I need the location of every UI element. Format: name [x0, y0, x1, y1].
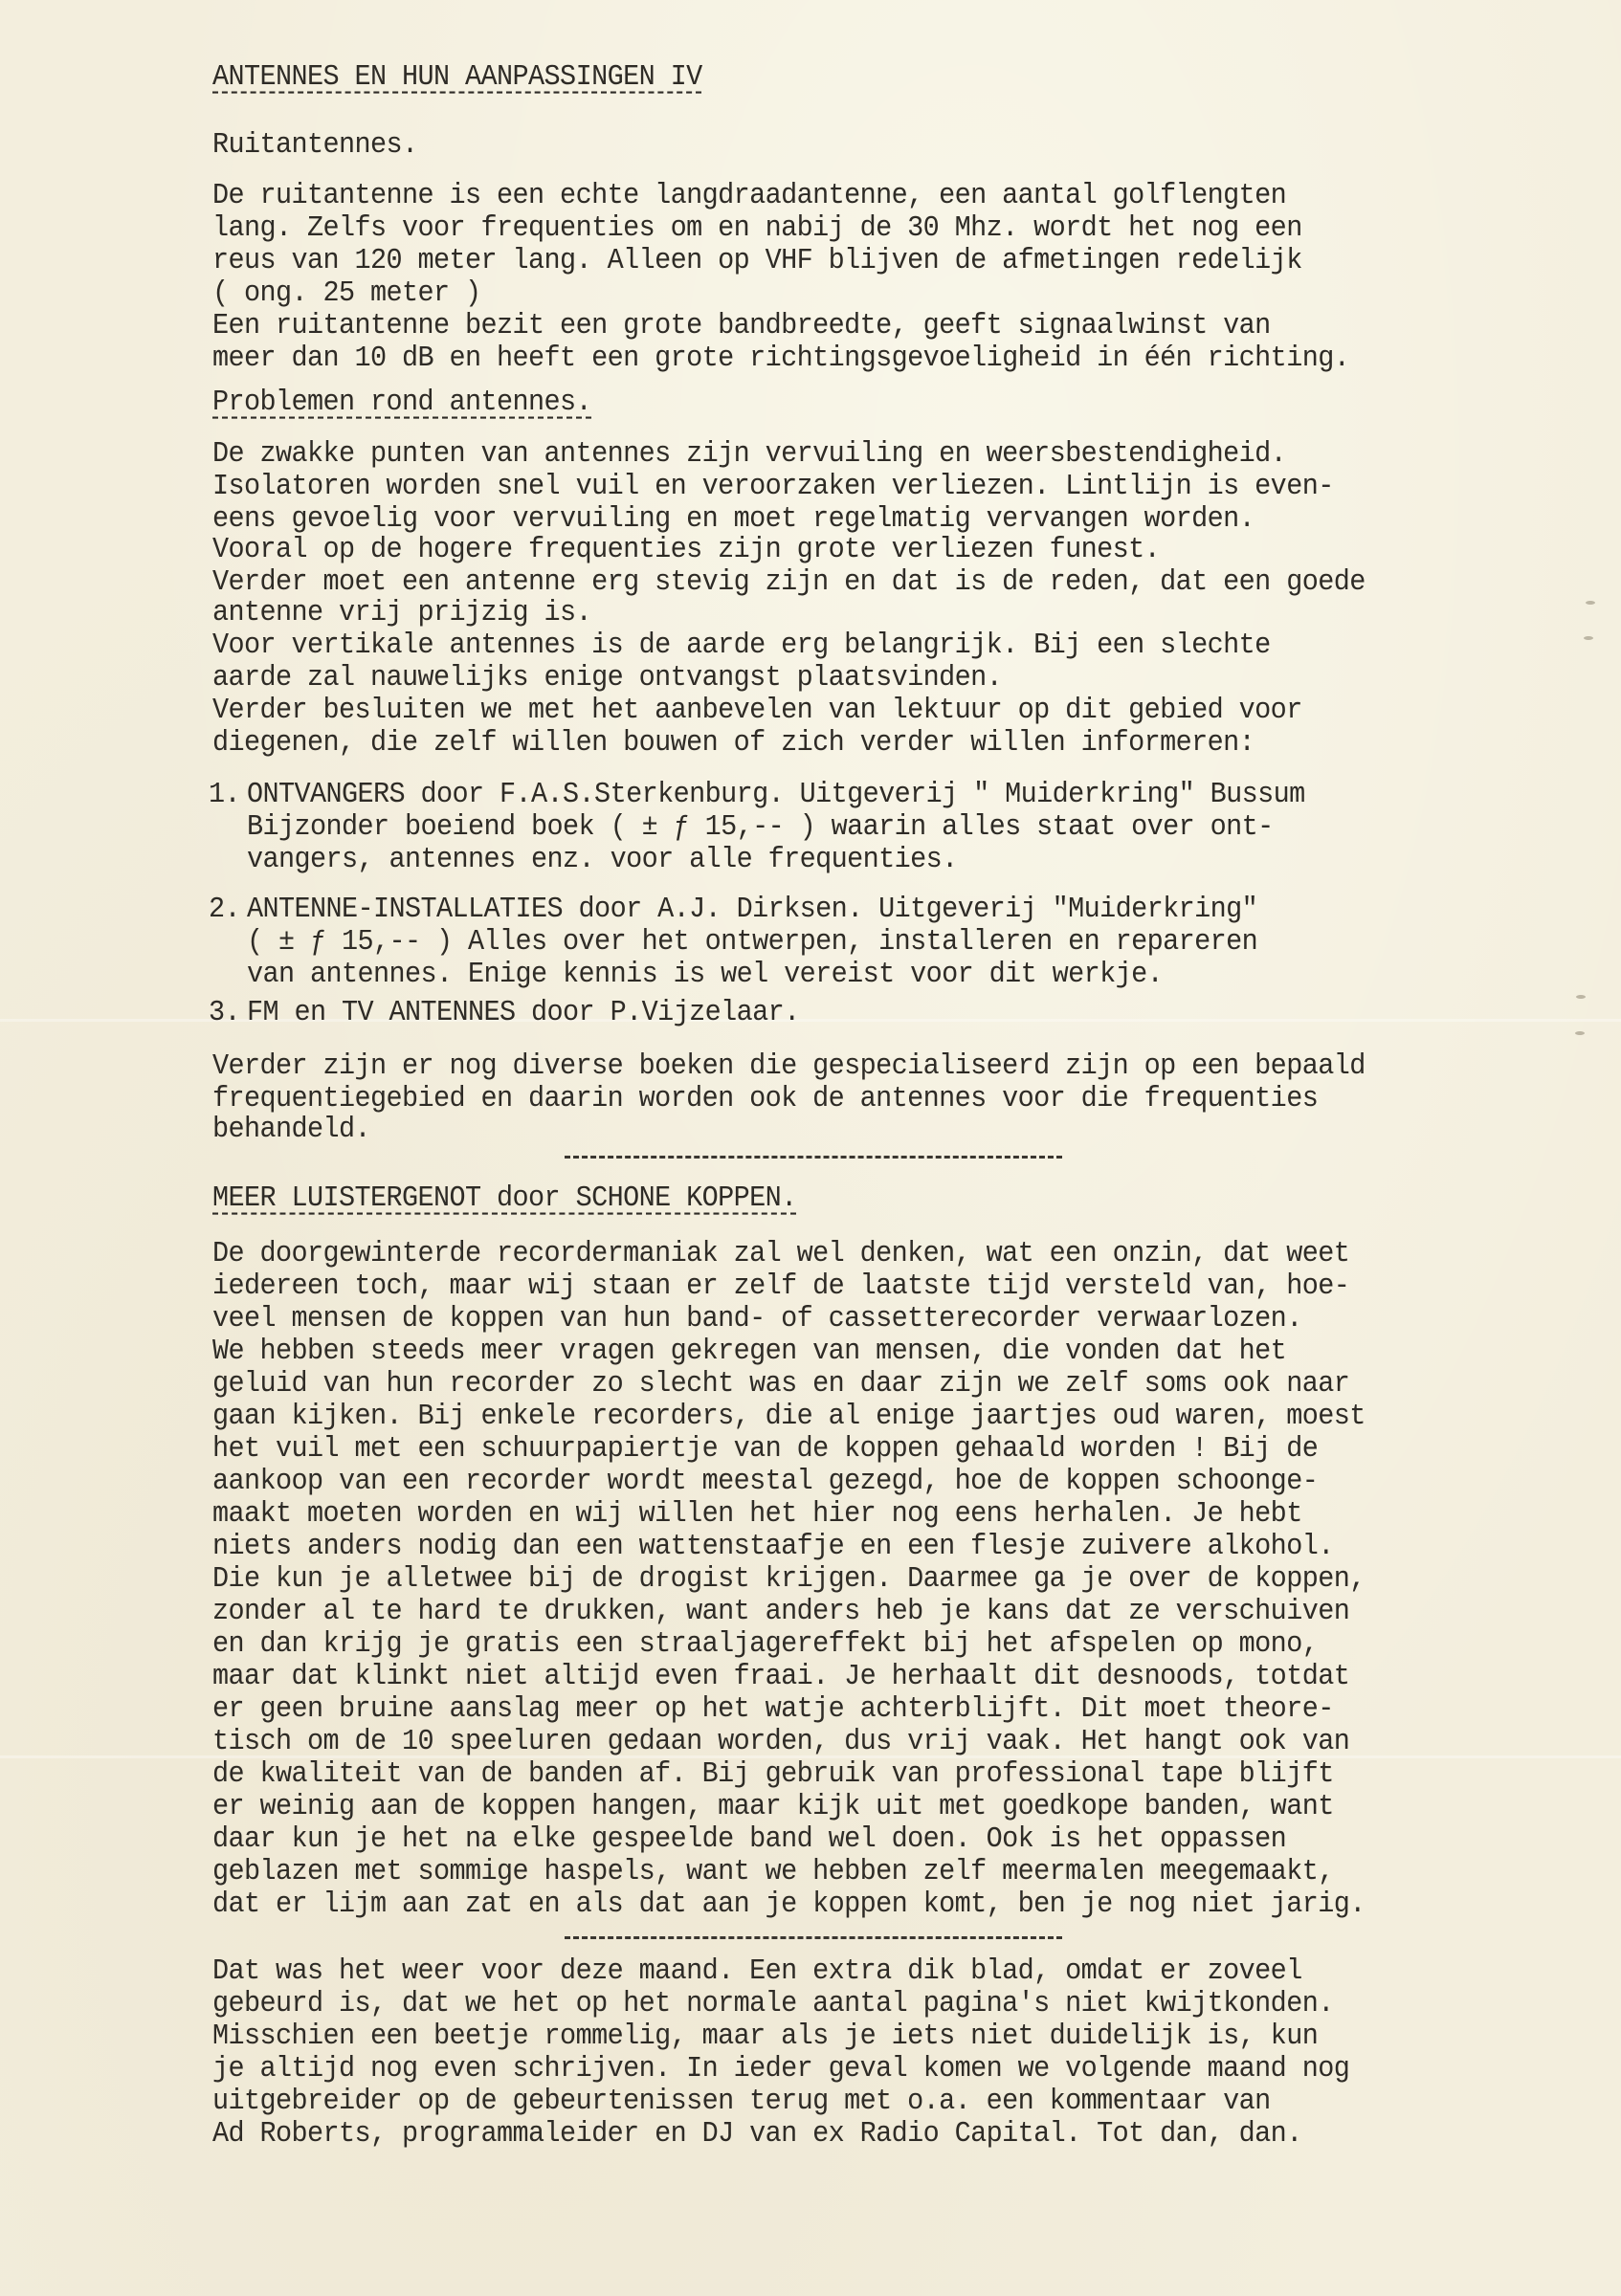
text-line: Dat was het weer voor deze maand. Een ex…: [212, 1954, 1302, 1989]
book-line: ONTVANGERS door F.A.S.Sterkenburg. Uitge…: [247, 777, 1305, 812]
text-line: maakt moeten worden en wij willen het hi…: [212, 1496, 1302, 1532]
text-line: niets anders nodig dan een wattenstaafje…: [212, 1529, 1334, 1564]
text-line: Een ruitantenne bezit een grote bandbree…: [212, 308, 1271, 343]
book-number: 1.: [209, 777, 240, 812]
book-line: FM en TV ANTENNES door P.Vijzelaar.: [247, 995, 800, 1030]
text-line: gebeurd is, dat we het op het normale aa…: [212, 1986, 1334, 2021]
text-line: aarde zal nauwelijks enige ontvangst pla…: [212, 660, 1002, 695]
book-line: van antennes. Enige kennis is wel vereis…: [247, 957, 1163, 992]
section-heading: Problemen rond antennes.: [212, 385, 591, 420]
text-line: geluid van hun recorder zo slecht was en…: [212, 1366, 1349, 1402]
text-line: De ruitantenne is een echte langdraadant…: [212, 178, 1286, 213]
text-line: frequentiegebied en daarin worden ook de…: [212, 1081, 1318, 1116]
text-line: lang. Zelfs voor frequenties om en nabij…: [212, 210, 1302, 246]
section-heading: Ruitantennes.: [212, 127, 418, 163]
text-line: je altijd nog even schrijven. In ieder g…: [212, 2051, 1349, 2086]
text-line: De zwakke punten van antennes zijn vervu…: [212, 436, 1286, 472]
text-line: gaan kijken. Bij enkele recorders, die a…: [212, 1399, 1366, 1434]
text-line: diegenen, die zelf willen bouwen of zich…: [212, 725, 1255, 761]
text-line: daar kun je het na elke gespeelde band w…: [212, 1821, 1286, 1857]
text-line: ( ong. 25 meter ): [212, 276, 481, 311]
text-line: maar dat klinkt niet altijd even fraai. …: [212, 1659, 1349, 1694]
text-line: Verder besluiten we met het aanbevelen v…: [212, 693, 1302, 728]
text-line: er geen bruine aanslag meer op het watje…: [212, 1691, 1334, 1727]
separator-line: [565, 1156, 1062, 1159]
punch-mark: [1575, 1031, 1585, 1035]
text-line: en dan krijg je gratis een straaljageref…: [212, 1626, 1318, 1662]
book-line: Bijzonder boeiend boek ( ± ƒ 15,-- ) waa…: [247, 809, 1274, 845]
text-line: Ad Roberts, programmaleider en DJ van ex…: [212, 2116, 1302, 2152]
book-line: ANTENNE-INSTALLATIES door A.J. Dirksen. …: [247, 892, 1257, 927]
text-line: antenne vrij prijzig is.: [212, 595, 591, 630]
text-line: Verder zijn er nog diverse boeken die ge…: [212, 1049, 1366, 1084]
text-line: Voor vertikale antennes is de aarde erg …: [212, 628, 1271, 663]
text-line: iedereen toch, maar wij staan er zelf de…: [212, 1269, 1349, 1304]
typewritten-page: ANTENNES EN HUN AANPASSINGEN IV Ruitante…: [0, 0, 1621, 2296]
text-line: veel mensen de koppen van hun band- of c…: [212, 1301, 1302, 1336]
punch-mark: [1586, 601, 1595, 605]
text-line: De doorgewinterde recordermaniak zal wel…: [212, 1236, 1349, 1271]
article-title: MEER LUISTERGENOT door SCHONE KOPPEN.: [212, 1181, 797, 1216]
text-line: uitgebreider op de gebeurtenissen terug …: [212, 2084, 1271, 2119]
punch-mark: [1576, 995, 1586, 999]
text-line: zonder al te hard te drukken, want ander…: [212, 1594, 1349, 1629]
article-title: ANTENNES EN HUN AANPASSINGEN IV: [212, 59, 702, 95]
paper-fold: [0, 1019, 1621, 1022]
text-line: dat er lijm aan zat en als dat aan je ko…: [212, 1887, 1366, 1922]
text-line: Misschien een beetje rommelig, maar als …: [212, 2019, 1318, 2054]
book-line: vangers, antennes enz. voor alle frequen…: [247, 842, 958, 877]
text-line: tisch om de 10 speeluren gedaan worden, …: [212, 1724, 1349, 1759]
text-line: behandeld.: [212, 1112, 370, 1147]
text-line: reus van 120 meter lang. Alleen op VHF b…: [212, 243, 1302, 278]
separator-line: [565, 1936, 1062, 1939]
text-line: het vuil met een schuurpapiertje van de …: [212, 1431, 1318, 1467]
book-line: ( ± ƒ 15,-- ) Alles over het ontwerpen, …: [247, 924, 1257, 960]
text-line: Vooral op de hogere frequenties zijn gro…: [212, 532, 1160, 567]
text-line: er weinig aan de koppen hangen, maar kij…: [212, 1789, 1334, 1824]
text-line: We hebben steeds meer vragen gekregen va…: [212, 1334, 1286, 1369]
text-line: meer dan 10 dB en heeft een grote richti…: [212, 341, 1349, 376]
text-line: Die kun je alletwee bij de drogist krijg…: [212, 1561, 1366, 1597]
text-line: geblazen met sommige haspels, want we he…: [212, 1854, 1334, 1889]
text-line: Isolatoren worden snel vuil en veroorzak…: [212, 469, 1334, 504]
text-line: aankoop van een recorder wordt meestal g…: [212, 1464, 1318, 1499]
book-number: 3.: [209, 995, 240, 1030]
text-line: de kwaliteit van de banden af. Bij gebru…: [212, 1756, 1334, 1792]
punch-mark: [1584, 636, 1593, 640]
book-number: 2.: [209, 892, 240, 927]
